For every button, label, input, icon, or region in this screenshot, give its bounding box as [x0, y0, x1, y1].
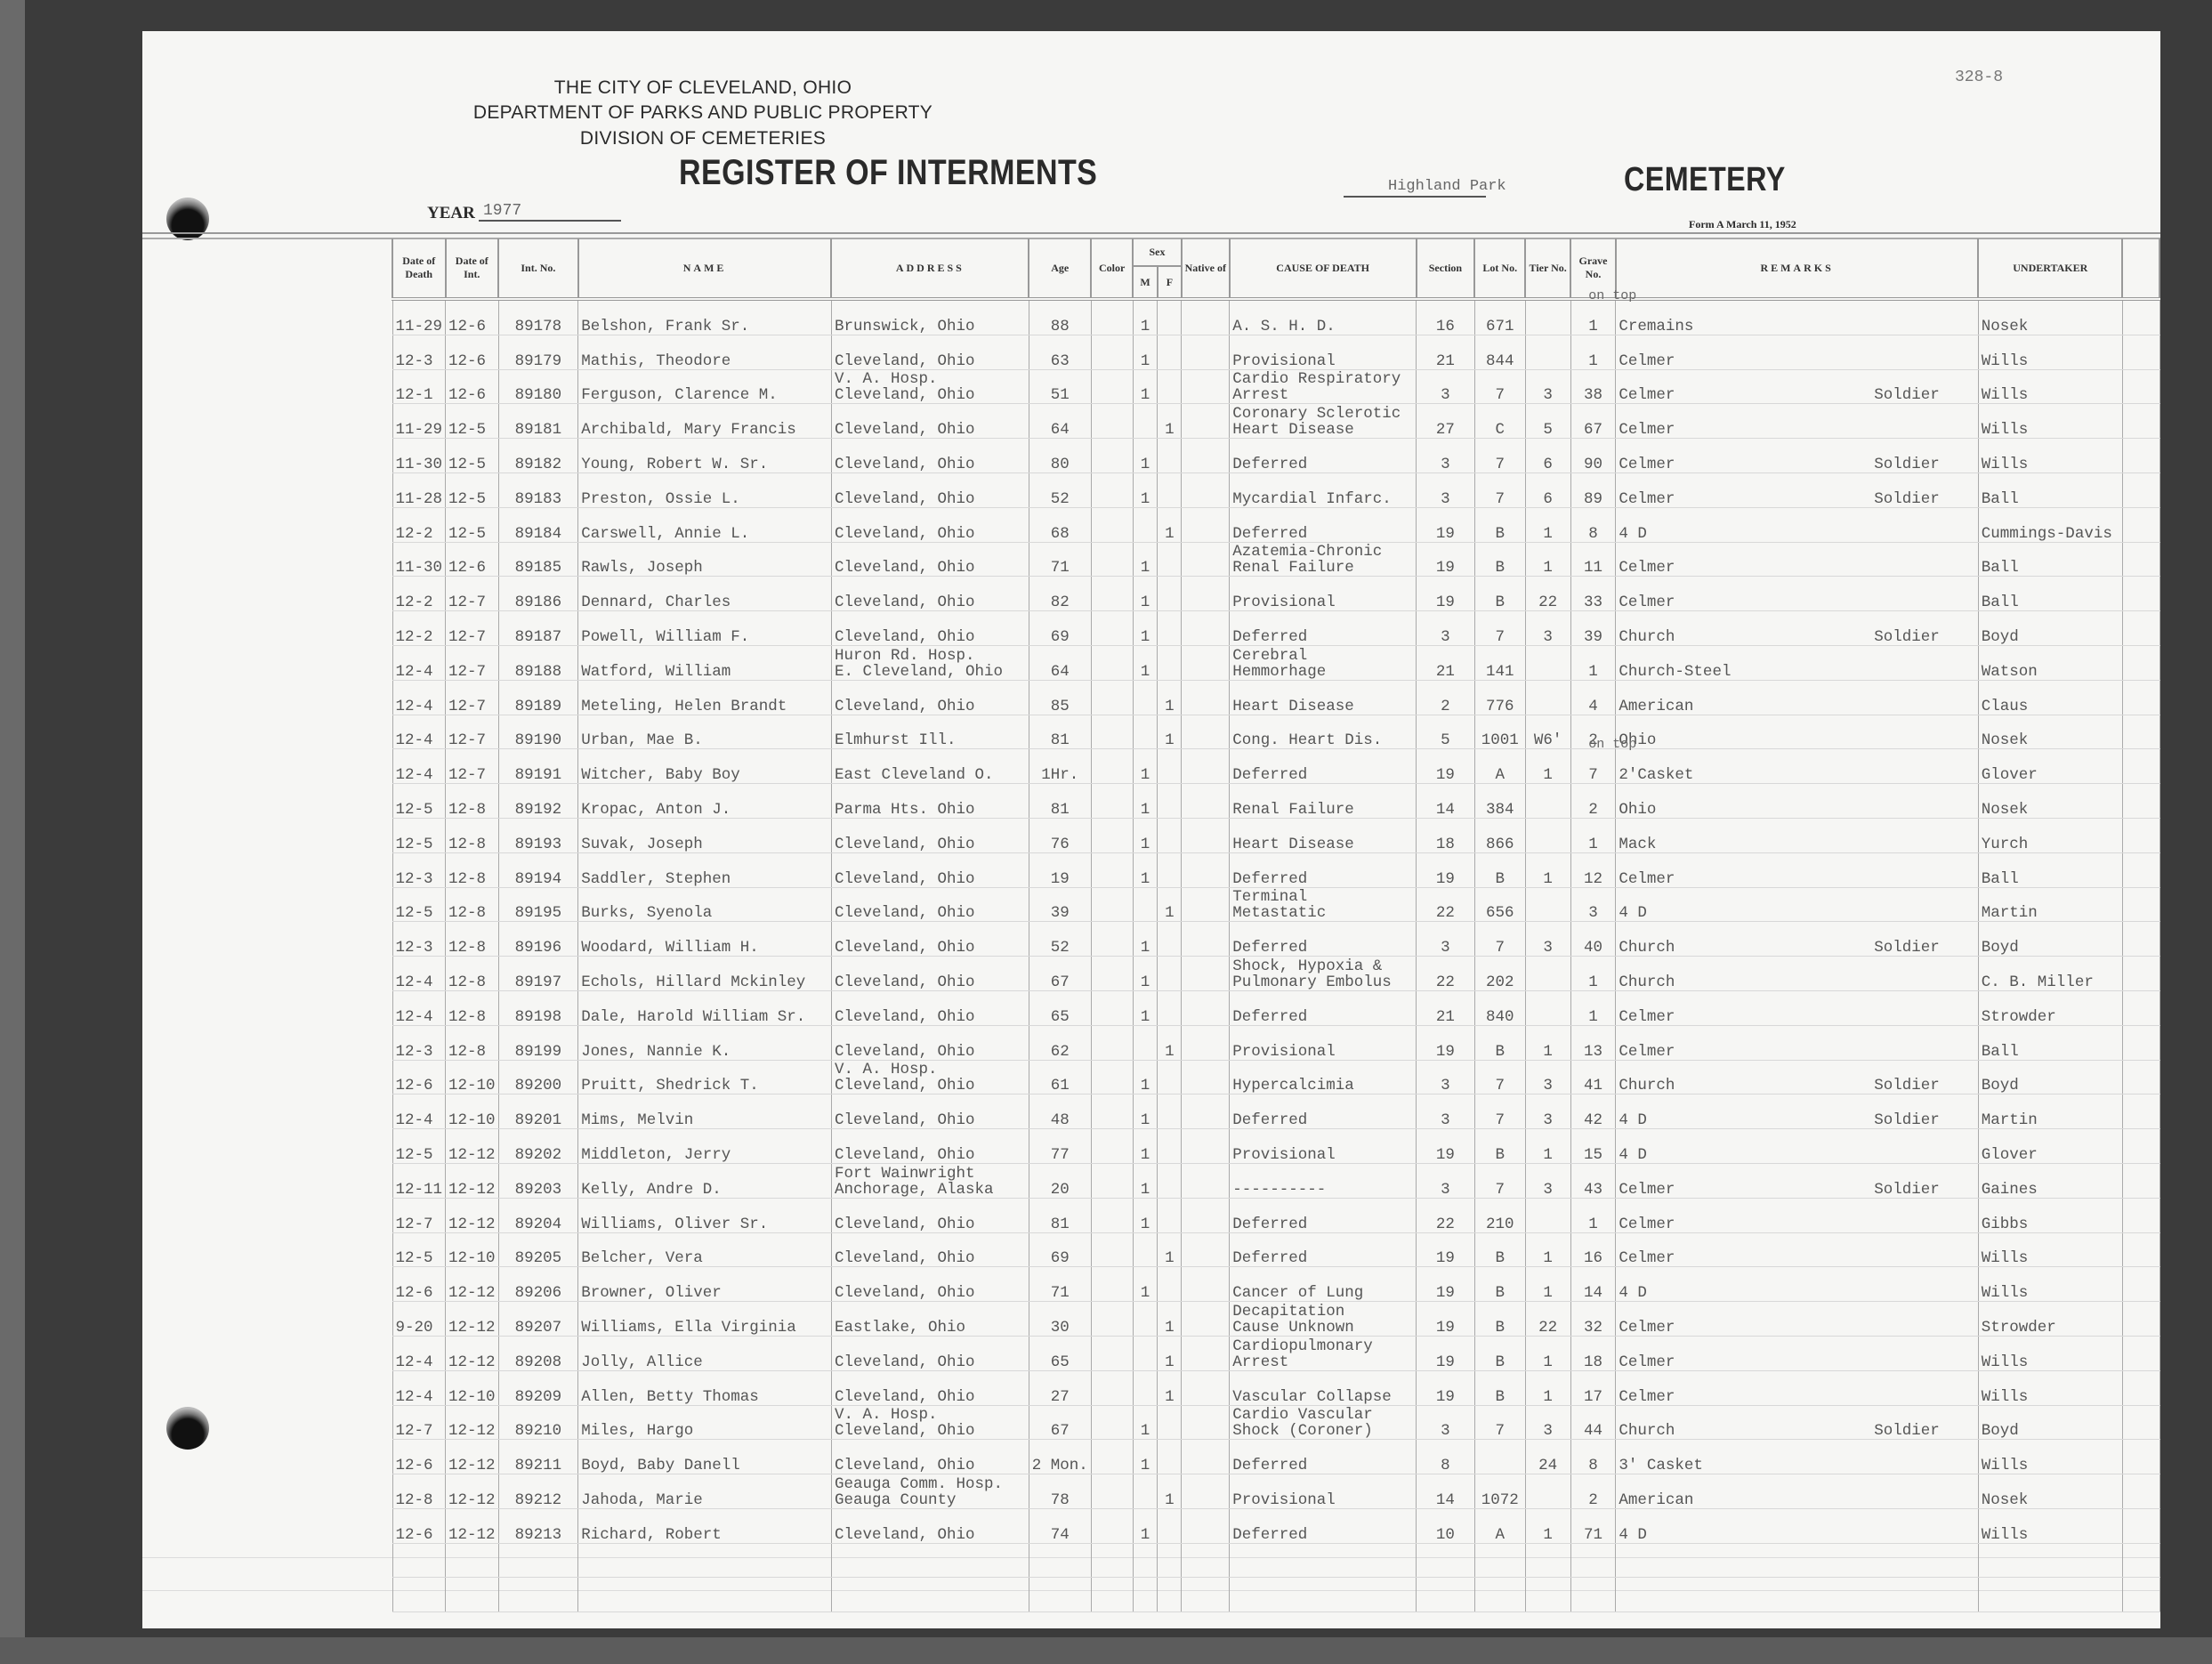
blank-cell	[2122, 715, 2160, 749]
int-no: 89203	[498, 1163, 578, 1198]
date-of-death: 12-7	[392, 1198, 446, 1232]
address-line2: Cleveland, Ohio	[835, 1112, 1026, 1128]
lot-no: B	[1474, 1129, 1525, 1164]
native-of	[1182, 1267, 1230, 1302]
address: Cleveland, Ohio	[831, 957, 1029, 991]
remarks-text: Celmer	[1619, 1216, 1675, 1233]
address: Eastlake, Ohio	[831, 1302, 1029, 1337]
remarks: Ohio	[1616, 715, 1978, 749]
empty-cell	[1417, 1543, 1475, 1578]
cause-of-death: Heart Disease	[1230, 818, 1417, 852]
grave-no: 2	[1570, 1474, 1616, 1509]
lot-no: B	[1474, 1267, 1525, 1302]
age: 2 Mon.	[1029, 1440, 1091, 1474]
native-of	[1182, 542, 1230, 577]
soldier-note: Soldier	[1874, 1112, 1940, 1128]
address-line2: Cleveland, Ohio	[835, 699, 1026, 715]
undertaker: Ball	[1978, 1025, 2122, 1060]
sex-f	[1158, 1060, 1182, 1095]
cause-of-death-line2: Deferred	[1232, 456, 1413, 473]
table-row: 12-312-889194Saddler, StephenCleveland, …	[392, 852, 2160, 887]
address-line2: Cleveland, Ohio	[835, 1354, 1026, 1370]
cemetery-underline	[1344, 196, 1486, 198]
date-of-death: 11-29	[392, 404, 446, 439]
date-of-death: 12-3	[392, 335, 446, 369]
remarks: ChurchSoldier	[1616, 922, 1978, 957]
sex-f: 1	[1158, 1025, 1182, 1060]
undertaker: Glover	[1978, 1129, 2122, 1164]
empty-cell	[1570, 1578, 1616, 1612]
address: V. A. Hosp.Cleveland, Ohio	[831, 1405, 1029, 1440]
cause-of-death: Shock, Hypoxia &Pulmonary Embolus	[1230, 957, 1417, 991]
date-of-int: 12-12	[446, 1336, 499, 1370]
remarks-text: Celmer	[1619, 1181, 1675, 1199]
remarks: CelmerSoldier	[1616, 439, 1978, 473]
cause-of-death: Deferred	[1230, 1440, 1417, 1474]
name: Carswell, Annie L.	[578, 507, 832, 542]
date-of-death: 11-30	[392, 439, 446, 473]
age: 39	[1029, 887, 1091, 922]
section: 19	[1417, 852, 1475, 887]
table-row: 12-212-589184Carswell, Annie L.Cleveland…	[392, 507, 2160, 542]
grave-value: 1	[1588, 1216, 1598, 1233]
age: 61	[1029, 1060, 1091, 1095]
remarks: ChurchSoldier	[1616, 1060, 1978, 1095]
cause-of-death: Mycardial Infarc.	[1230, 473, 1417, 507]
grave-value: 67	[1584, 421, 1602, 439]
lot-no: B	[1474, 1232, 1525, 1267]
address: Cleveland, Ohio	[831, 818, 1029, 852]
section: 19	[1417, 1336, 1475, 1370]
blank-cell	[2122, 1129, 2160, 1164]
color	[1091, 852, 1133, 887]
address-line2: Cleveland, Ohio	[835, 456, 1026, 473]
cause-of-death-line2: Metastatic	[1232, 905, 1413, 921]
table-row: 12-412-789188Watford, WilliamHuron Rd. H…	[392, 645, 2160, 680]
grave-no: 13	[1570, 1025, 1616, 1060]
blank-cell	[2122, 1163, 2160, 1198]
color	[1091, 784, 1133, 819]
age: 81	[1029, 1198, 1091, 1232]
empty-cell	[1570, 1543, 1616, 1578]
cause-of-death-line1: Shock, Hypoxia &	[1232, 958, 1413, 974]
undertaker: Cummings-Davis	[1978, 507, 2122, 542]
sex-f	[1158, 749, 1182, 784]
sex-m: 1	[1133, 922, 1158, 957]
empty-cell	[1158, 1578, 1182, 1612]
address-line2: Cleveland, Ohio	[835, 1423, 1026, 1439]
cause-of-death-line1: Coronary Sclerotic	[1232, 406, 1413, 422]
sex-f: 1	[1158, 680, 1182, 715]
remarks: Celmer	[1616, 1302, 1978, 1337]
address: Cleveland, Ohio	[831, 439, 1029, 473]
name: Belshon, Frank Sr.	[578, 299, 832, 335]
lot-no: 7	[1474, 1163, 1525, 1198]
cause-of-death-line2: Deferred	[1232, 767, 1413, 783]
int-no: 89208	[498, 1336, 578, 1370]
table-row: 12-412-889197Echols, Hillard MckinleyCle…	[392, 957, 2160, 991]
sex-f: 1	[1158, 1474, 1182, 1509]
sex-m: 1	[1133, 577, 1158, 611]
date-of-death: 12-5	[392, 1129, 446, 1164]
color	[1091, 1232, 1133, 1267]
tier-no: 6	[1525, 439, 1570, 473]
section: 14	[1417, 784, 1475, 819]
int-no: 89192	[498, 784, 578, 819]
date-of-death: 12-2	[392, 507, 446, 542]
sex-f: 1	[1158, 887, 1182, 922]
date-of-int: 12-12	[446, 1198, 499, 1232]
remarks-text: Ohio	[1619, 801, 1656, 819]
cause-of-death: CardiopulmonaryArrest	[1230, 1336, 1417, 1370]
remarks-text: 4 D	[1619, 1526, 1647, 1544]
tier-no	[1525, 335, 1570, 369]
age: 65	[1029, 990, 1091, 1025]
undertaker: Wills	[1978, 1267, 2122, 1302]
name: Urban, Mae B.	[578, 715, 832, 749]
lot-no: 656	[1474, 887, 1525, 922]
address-line2: Cleveland, Ohio	[835, 1285, 1026, 1301]
cause-of-death: Provisional	[1230, 335, 1417, 369]
city-heading: THE CITY OF CLEVELAND, OHIO	[436, 77, 970, 99]
grave-value: 42	[1584, 1111, 1602, 1129]
remarks-text: Celmer	[1619, 559, 1675, 577]
name: Pruitt, Shedrick T.	[578, 1060, 832, 1095]
native-of	[1182, 369, 1230, 404]
tier-no: 1	[1525, 1129, 1570, 1164]
section: 19	[1417, 1370, 1475, 1405]
address: V. A. Hosp.Cleveland, Ohio	[831, 1060, 1029, 1095]
remarks: Celmer	[1616, 335, 1978, 369]
empty-cell	[831, 1578, 1029, 1612]
section: 3	[1417, 1060, 1475, 1095]
int-no: 89187	[498, 611, 578, 646]
soldier-note: Soldier	[1874, 387, 1940, 403]
date-of-death: 12-4	[392, 1370, 446, 1405]
name: Belcher, Vera	[578, 1232, 832, 1267]
tier-no: 3	[1525, 611, 1570, 646]
date-of-death: 12-5	[392, 818, 446, 852]
sex-m	[1133, 715, 1158, 749]
address-line2: Cleveland, Ohio	[835, 1147, 1026, 1163]
int-no: 89210	[498, 1405, 578, 1440]
remarks-text: American	[1619, 698, 1693, 715]
date-of-death: 12-2	[392, 577, 446, 611]
blank-cell	[2122, 1060, 2160, 1095]
empty-cell	[1978, 1578, 2122, 1612]
native-of	[1182, 922, 1230, 957]
sex-f: 1	[1158, 1302, 1182, 1337]
name: Williams, Ella Virginia	[578, 1302, 832, 1337]
grave-no: 1	[1570, 957, 1616, 991]
tier-no	[1525, 784, 1570, 819]
cause-of-death: DecapitationCause Unknown	[1230, 1302, 1417, 1337]
lot-no: 844	[1474, 335, 1525, 369]
year-underline	[479, 220, 621, 222]
address-line2: Cleveland, Ohio	[835, 387, 1026, 403]
grave-no: 42	[1570, 1095, 1616, 1129]
int-no: 89180	[498, 369, 578, 404]
color	[1091, 1370, 1133, 1405]
undertaker: Yurch	[1978, 818, 2122, 852]
remarks-text: Celmer	[1619, 490, 1675, 508]
undertaker: Martin	[1978, 887, 2122, 922]
sex-m: 1	[1133, 369, 1158, 404]
age: 51	[1029, 369, 1091, 404]
department-heading: DEPARTMENT OF PARKS AND PUBLIC PROPERTY	[436, 102, 970, 124]
table-row: 12-512-889192Kropac, Anton J.Parma Hts. …	[392, 784, 2160, 819]
lot-no: B	[1474, 507, 1525, 542]
address: Cleveland, Ohio	[831, 1025, 1029, 1060]
undertaker: Wills	[1978, 1336, 2122, 1370]
lot-no: B	[1474, 577, 1525, 611]
grave-value: 1	[1588, 352, 1598, 370]
native-of	[1182, 1508, 1230, 1543]
empty-cell	[1230, 1578, 1417, 1612]
sex-m	[1133, 1232, 1158, 1267]
native-of	[1182, 507, 1230, 542]
date-of-int: 12-8	[446, 887, 499, 922]
cause-of-death: Deferred	[1230, 507, 1417, 542]
age: 69	[1029, 1232, 1091, 1267]
grave-no: 8	[1570, 507, 1616, 542]
undertaker: Nosek	[1978, 784, 2122, 819]
blank-cell	[2122, 1336, 2160, 1370]
section: 5	[1417, 715, 1475, 749]
blank-cell	[2122, 507, 2160, 542]
binder-edge	[0, 0, 25, 1664]
date-of-int: 12-8	[446, 818, 499, 852]
empty-cell	[578, 1543, 832, 1578]
cause-of-death: Deferred	[1230, 749, 1417, 784]
grave-value: 43	[1584, 1181, 1602, 1199]
address: Cleveland, Ohio	[831, 990, 1029, 1025]
remarks: Church-Steel	[1616, 645, 1978, 680]
sex-m: 1	[1133, 784, 1158, 819]
sex-f	[1158, 645, 1182, 680]
name: Jahoda, Marie	[578, 1474, 832, 1509]
blank-cell	[2122, 1232, 2160, 1267]
grave-value: 2	[1588, 1491, 1598, 1509]
blank-cell	[2122, 1370, 2160, 1405]
col-section: Section	[1417, 238, 1475, 299]
blank-cell	[2122, 1198, 2160, 1232]
address: Geauga Comm. Hosp.Geauga County	[831, 1474, 1029, 1509]
grave-value: 16	[1584, 1249, 1602, 1267]
address-line1: V. A. Hosp.	[835, 1407, 1026, 1423]
section: 21	[1417, 645, 1475, 680]
age: 82	[1029, 577, 1091, 611]
date-of-int: 12-12	[446, 1508, 499, 1543]
sex-m: 1	[1133, 1060, 1158, 1095]
date-of-int: 12-10	[446, 1232, 499, 1267]
table-row: 9-2012-1289207Williams, Ella VirginiaEas…	[392, 1302, 2160, 1337]
date-of-death: 12-4	[392, 645, 446, 680]
age: 30	[1029, 1302, 1091, 1337]
table-row: 12-612-1289206Browner, OliverCleveland, …	[392, 1267, 2160, 1302]
int-no: 89196	[498, 922, 578, 957]
native-of	[1182, 1163, 1230, 1198]
sex-m: 1	[1133, 473, 1158, 507]
date-of-death: 12-3	[392, 1025, 446, 1060]
blank-cell	[2122, 680, 2160, 715]
lot-no: 7	[1474, 439, 1525, 473]
remarks: Celmer	[1616, 1232, 1978, 1267]
color	[1091, 887, 1133, 922]
sex-f: 1	[1158, 715, 1182, 749]
empty-cell	[1474, 1543, 1525, 1578]
cause-of-death: Provisional	[1230, 1129, 1417, 1164]
age: 52	[1029, 473, 1091, 507]
cause-of-death: Coronary ScleroticHeart Disease	[1230, 404, 1417, 439]
col-native-of: Native of	[1182, 238, 1230, 299]
native-of	[1182, 611, 1230, 646]
address: Huron Rd. Hosp.E. Cleveland, Ohio	[831, 645, 1029, 680]
lot-no: 210	[1474, 1198, 1525, 1232]
address: Cleveland, Ohio	[831, 542, 1029, 577]
date-of-death: 12-4	[392, 749, 446, 784]
section: 22	[1417, 1198, 1475, 1232]
remarks-text: Celmer	[1619, 870, 1675, 888]
grave-value: 1	[1588, 1008, 1598, 1026]
section: 19	[1417, 507, 1475, 542]
tier-no: 3	[1525, 922, 1570, 957]
date-of-int: 12-8	[446, 1025, 499, 1060]
address-line2: Anchorage, Alaska	[835, 1182, 1026, 1198]
empty-cell	[1616, 1543, 1978, 1578]
address: Cleveland, Ohio	[831, 887, 1029, 922]
address: Cleveland, Ohio	[831, 404, 1029, 439]
remarks-text: 4 D	[1619, 1146, 1647, 1164]
undertaker: Wills	[1978, 369, 2122, 404]
cause-of-death-line2: Provisional	[1232, 594, 1413, 610]
sex-m	[1133, 1025, 1158, 1060]
date-of-death: 11-29	[392, 299, 446, 335]
date-of-death: 9-20	[392, 1302, 446, 1337]
color	[1091, 1198, 1133, 1232]
remarks: Ohio	[1616, 784, 1978, 819]
native-of	[1182, 645, 1230, 680]
undertaker: Watson	[1978, 645, 2122, 680]
grave-value: 1	[1588, 663, 1598, 681]
blank-cell	[2122, 404, 2160, 439]
lot-no: 141	[1474, 645, 1525, 680]
address-line2: Cleveland, Ohio	[835, 1458, 1026, 1474]
sex-m	[1133, 1370, 1158, 1405]
color	[1091, 507, 1133, 542]
age: 88	[1029, 299, 1091, 335]
empty-cell	[392, 1578, 446, 1612]
lot-no: B	[1474, 1336, 1525, 1370]
table-row: 12-412-1089209Allen, Betty ThomasClevela…	[392, 1370, 2160, 1405]
tier-no	[1525, 818, 1570, 852]
cause-of-death-line2: Provisional	[1232, 1044, 1413, 1060]
sex-m	[1133, 404, 1158, 439]
address-line2: Cleveland, Ohio	[835, 526, 1026, 542]
tier-no: 3	[1525, 1405, 1570, 1440]
address-line2: East Cleveland O.	[835, 767, 1026, 783]
int-no: 89182	[498, 439, 578, 473]
sex-f	[1158, 922, 1182, 957]
grave-no: 67	[1570, 404, 1616, 439]
table-row: 11-3012-689185Rawls, JosephCleveland, Oh…	[392, 542, 2160, 577]
grave-no: on top1	[1570, 299, 1616, 335]
cause-of-death-line1: Terminal	[1232, 889, 1413, 905]
table-row: 11-2812-589183Preston, Ossie L.Cleveland…	[392, 473, 2160, 507]
color	[1091, 1302, 1133, 1337]
undertaker: Martin	[1978, 1095, 2122, 1129]
tier-no: 1	[1525, 1232, 1570, 1267]
undertaker: Wills	[1978, 335, 2122, 369]
register-title: REGISTER OF INTERMENTS	[679, 153, 1097, 193]
blank-cell	[2122, 369, 2160, 404]
blank-cell	[2122, 299, 2160, 335]
remarks: American	[1616, 1474, 1978, 1509]
color	[1091, 749, 1133, 784]
undertaker: Ball	[1978, 577, 2122, 611]
col-sex: Sex	[1133, 238, 1182, 266]
int-no: 89184	[498, 507, 578, 542]
section: 10	[1417, 1508, 1475, 1543]
empty-cell	[1029, 1578, 1091, 1612]
lot-no: 671	[1474, 299, 1525, 335]
empty-cell	[831, 1543, 1029, 1578]
address: Cleveland, Ohio	[831, 1440, 1029, 1474]
date-of-death: 12-4	[392, 1095, 446, 1129]
age: 85	[1029, 680, 1091, 715]
col-sex-f: F	[1158, 266, 1182, 299]
color	[1091, 1095, 1133, 1129]
blank-cell	[2122, 611, 2160, 646]
lot-no: 7	[1474, 473, 1525, 507]
int-no: 89194	[498, 852, 578, 887]
name: Suvak, Joseph	[578, 818, 832, 852]
native-of	[1182, 335, 1230, 369]
grave-no: 1	[1570, 1198, 1616, 1232]
empty-row	[392, 1578, 2160, 1612]
grave-value: 13	[1584, 1043, 1602, 1061]
section: 19	[1417, 577, 1475, 611]
col-blank	[2122, 238, 2160, 299]
cause-of-death: Deferred	[1230, 1508, 1417, 1543]
native-of	[1182, 1302, 1230, 1337]
remarks-text: Celmer	[1619, 456, 1675, 473]
sex-m: 1	[1133, 749, 1158, 784]
int-no: 89204	[498, 1198, 578, 1232]
remarks: Celmer	[1616, 404, 1978, 439]
color	[1091, 1129, 1133, 1164]
tier-no: 1	[1525, 542, 1570, 577]
soldier-note: Soldier	[1874, 491, 1940, 507]
section: 19	[1417, 749, 1475, 784]
address: Elmhurst Ill.	[831, 715, 1029, 749]
date-of-int: 12-10	[446, 1370, 499, 1405]
int-no: 89178	[498, 299, 578, 335]
grave-value: 89	[1584, 490, 1602, 508]
tier-no: 1	[1525, 1508, 1570, 1543]
address-line2: Geauga County	[835, 1492, 1026, 1508]
lot-no: 7	[1474, 611, 1525, 646]
address: Cleveland, Ohio	[831, 852, 1029, 887]
color	[1091, 577, 1133, 611]
year-label: YEAR	[427, 204, 475, 223]
address-line2: Cleveland, Ohio	[835, 1044, 1026, 1060]
sex-m: 1	[1133, 818, 1158, 852]
int-no: 89186	[498, 577, 578, 611]
remarks: 4 DSoldier	[1616, 1095, 1978, 1129]
native-of	[1182, 1440, 1230, 1474]
grave-value: 1	[1588, 318, 1598, 335]
